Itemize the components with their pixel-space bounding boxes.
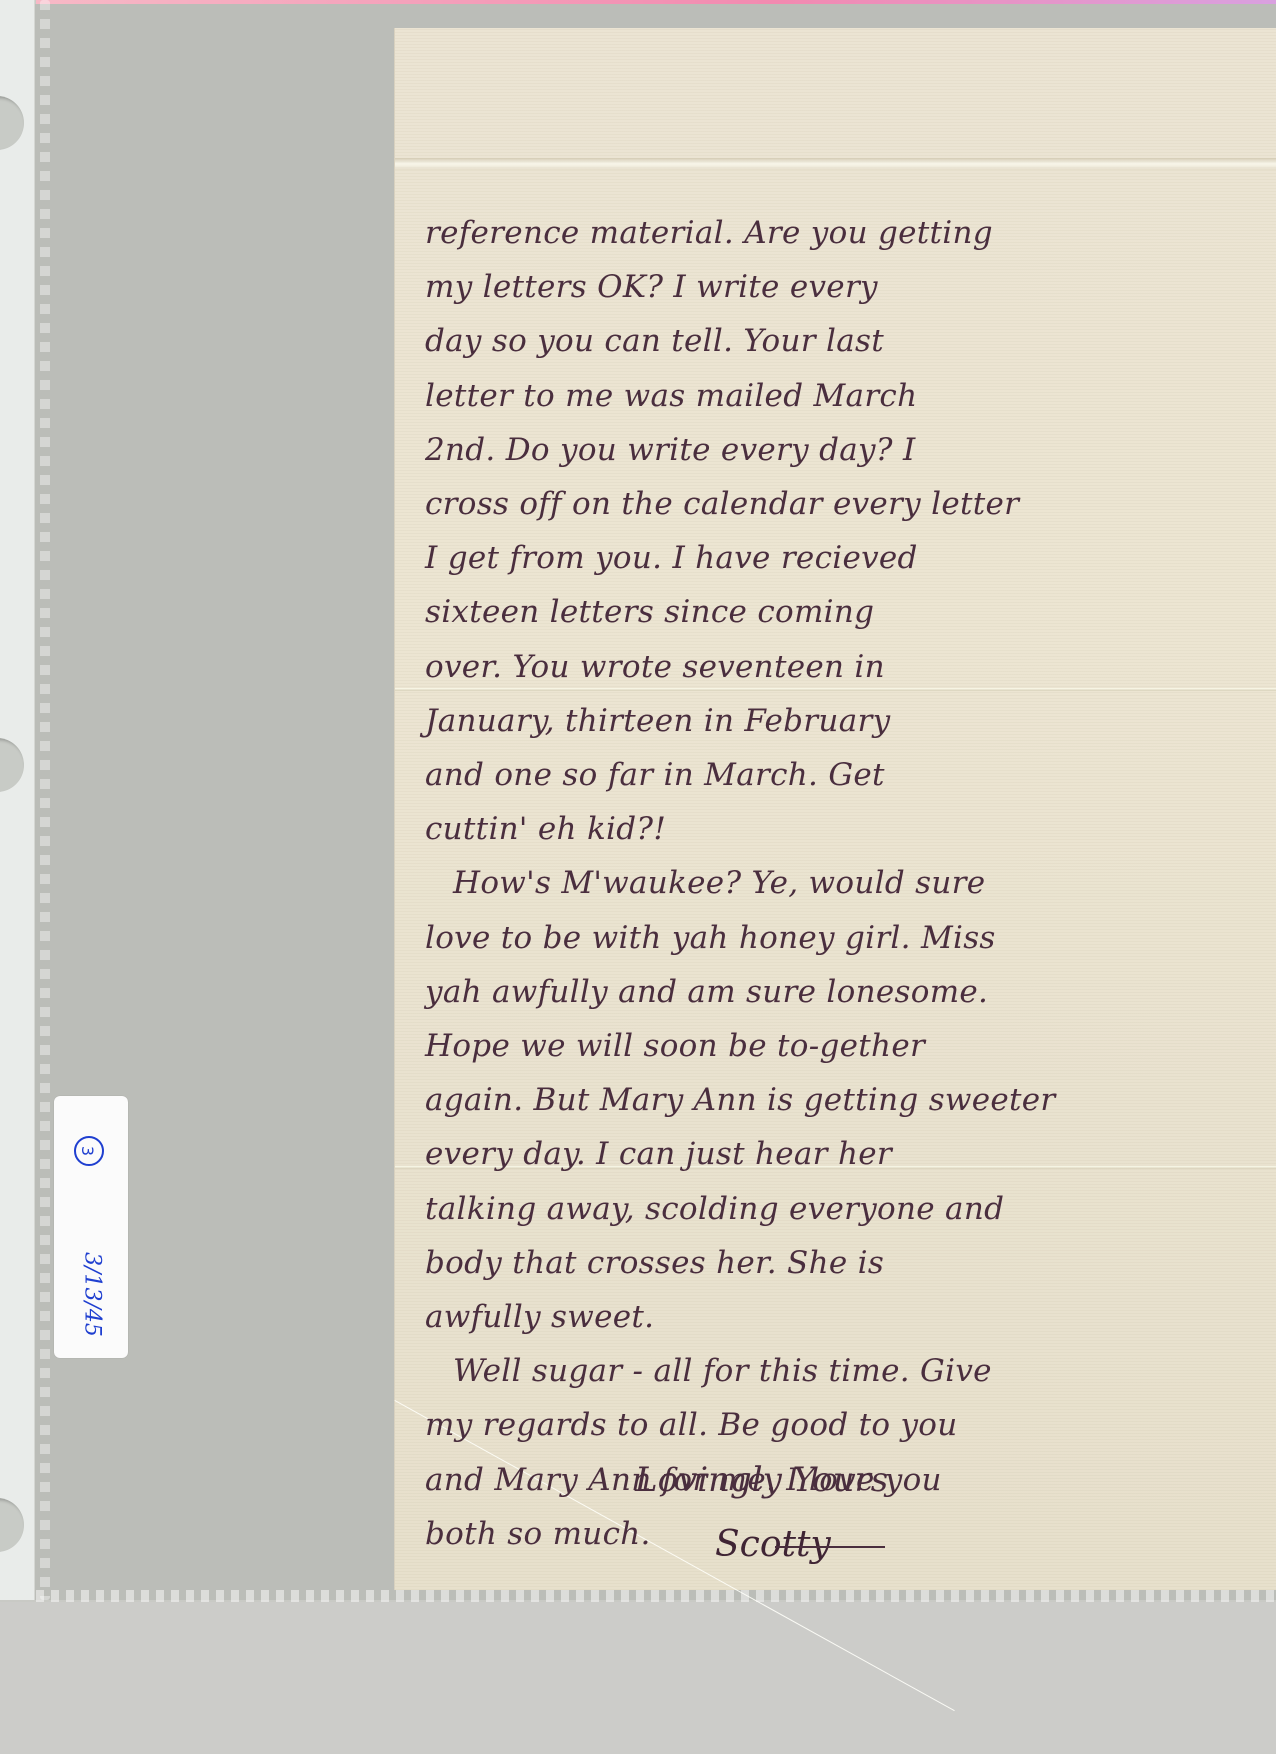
binder-hole-icon bbox=[0, 96, 24, 150]
letter-closing: Lovingly Yours bbox=[635, 1460, 888, 1500]
letter-line: talking away, scolding everyone and bbox=[425, 1182, 1255, 1236]
binder-strip bbox=[0, 0, 35, 1600]
letter-line: over. You wrote seventeen in bbox=[425, 640, 1255, 694]
letter-body: reference material. Are you getting my l… bbox=[425, 206, 1255, 1561]
letter-line: cross off on the calendar every letter bbox=[425, 477, 1255, 531]
letter-line: and one so far in March. Get bbox=[425, 748, 1255, 802]
letter-line: love to be with yah honey girl. Miss bbox=[425, 911, 1255, 965]
letter-line: body that crosses her. She is bbox=[425, 1236, 1255, 1290]
letter-line: 2nd. Do you write every day? I bbox=[425, 423, 1255, 477]
archive-label: 3 3/13/45 bbox=[54, 1096, 128, 1358]
letter-line: cuttin' eh kid?! bbox=[425, 802, 1255, 856]
fold-crease bbox=[395, 158, 1276, 170]
letter-page: reference material. Are you getting my l… bbox=[395, 28, 1276, 1590]
letter-line: my letters OK? I write every bbox=[425, 260, 1255, 314]
letter-line: January, thirteen in February bbox=[425, 694, 1255, 748]
page-number-circled: 3 bbox=[74, 1136, 104, 1166]
letter-line: yah awfully and am sure lonesome. bbox=[425, 965, 1255, 1019]
letter-line: reference material. Are you getting bbox=[425, 206, 1255, 260]
letter-signature: Scotty bbox=[715, 1524, 831, 1565]
letter-line: both so much. bbox=[425, 1507, 1255, 1561]
letter-line: every day. I can just hear her bbox=[425, 1127, 1255, 1181]
letter-line: Hope we will soon be to-gether bbox=[425, 1019, 1255, 1073]
protector-perforation-vertical bbox=[40, 0, 50, 1600]
letter-line: Well sugar - all for this time. Give bbox=[425, 1344, 1255, 1398]
letter-line: letter to me was mailed March bbox=[425, 369, 1255, 423]
letter-line: sixteen letters since coming bbox=[425, 585, 1255, 639]
binder-hole-icon bbox=[0, 738, 24, 792]
letter-line: I get from you. I have recieved bbox=[425, 531, 1255, 585]
scan-edge bbox=[36, 0, 1276, 4]
scanner-background bbox=[0, 1602, 1276, 1754]
letter-line: again. But Mary Ann is getting sweeter bbox=[425, 1073, 1255, 1127]
binder-hole-icon bbox=[0, 1498, 24, 1552]
letter-line: How's M'waukee? Ye, would sure bbox=[425, 856, 1255, 910]
letter-line: my regards to all. Be good to you bbox=[425, 1398, 1255, 1452]
label-date: 3/13/45 bbox=[80, 1235, 105, 1355]
letter-line: awfully sweet. bbox=[425, 1290, 1255, 1344]
protector-perforation-horizontal bbox=[36, 1590, 1276, 1602]
letter-line: day so you can tell. Your last bbox=[425, 314, 1255, 368]
